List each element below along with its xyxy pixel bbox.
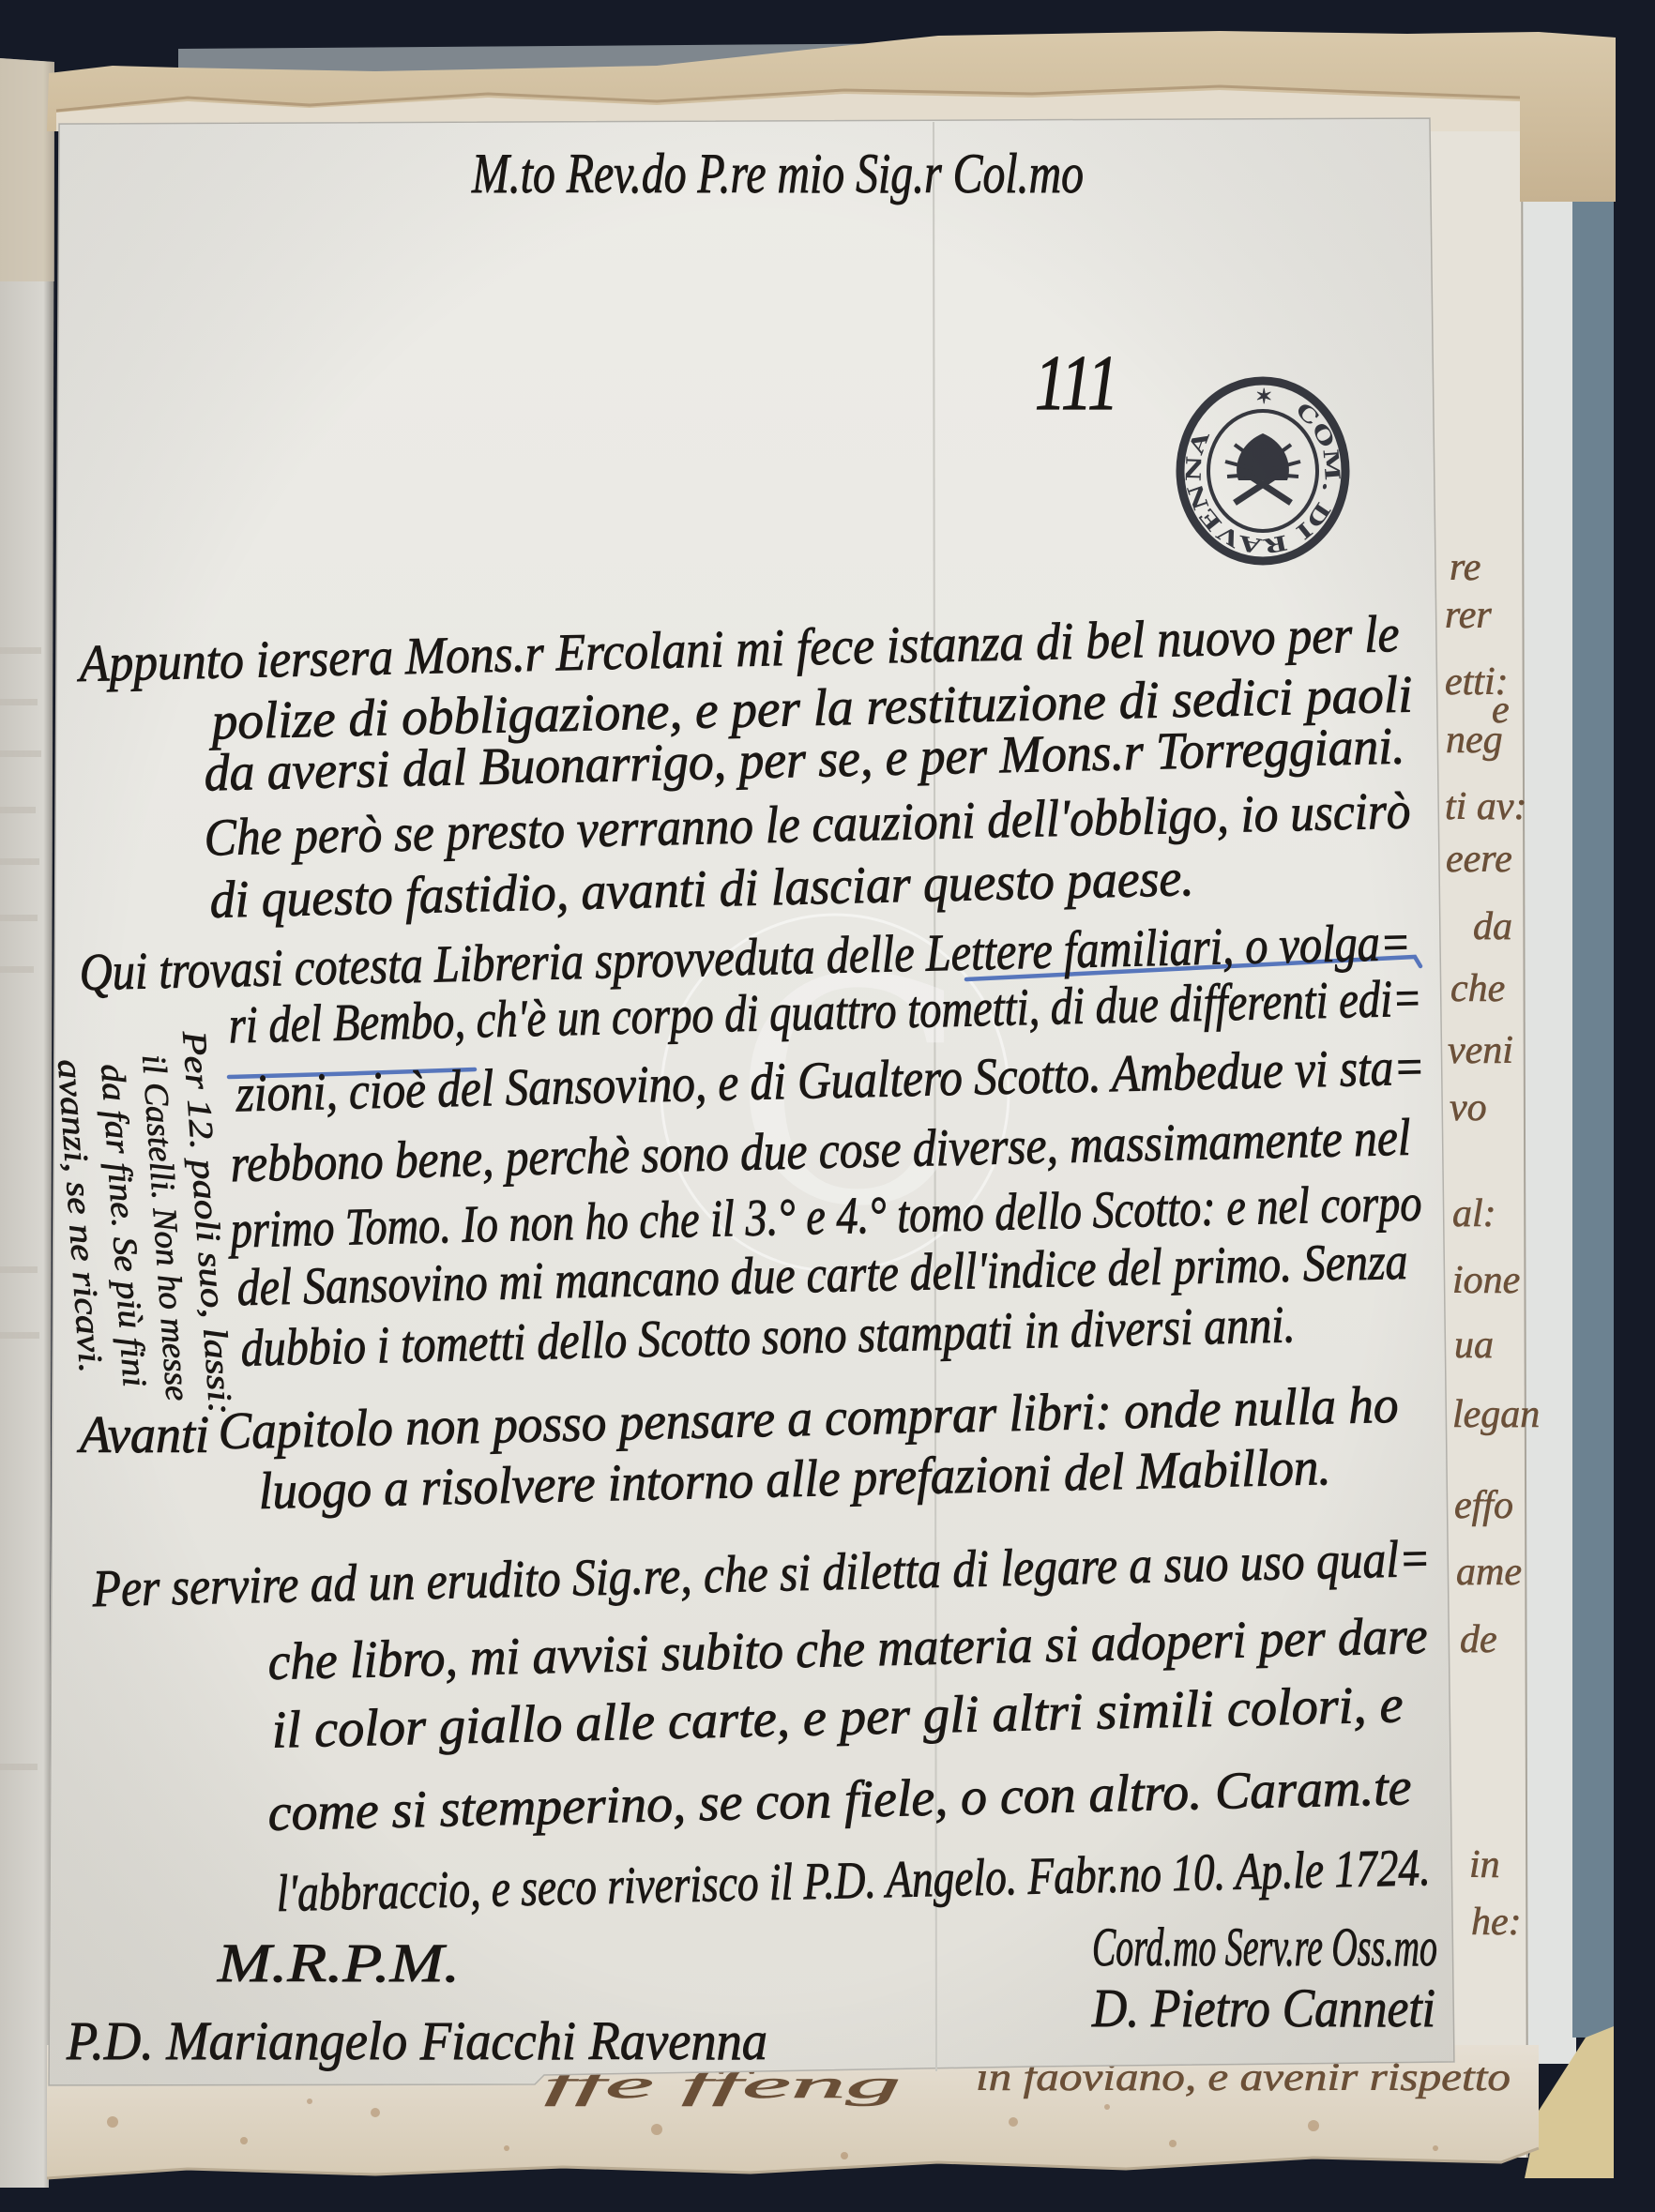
margin-word: Avanti (76, 1406, 209, 1464)
right-page-stack (1426, 103, 1614, 2178)
underlying-page-fragment: re (1450, 546, 1480, 589)
binding-board (1572, 199, 1614, 2038)
manuscript-photo: ffe ffeng in faoviano, e avenir rispetto… (0, 0, 1655, 2212)
underlying-page-fragment: ti av: (1445, 785, 1526, 828)
underlying-page-fragment: legan (1452, 1393, 1540, 1436)
library-stamp: COM. DI RAVENNA ✶ (1180, 381, 1345, 561)
underlying-page-fragment: neg (1446, 719, 1503, 762)
underlying-page-fragment: ame (1456, 1551, 1522, 1594)
folio-number: 111 (1035, 340, 1118, 427)
salutation: M.to Rev.do P.re mio Sig.r Col.mo (471, 143, 1084, 205)
underlying-page-fragment: ione (1452, 1259, 1520, 1302)
valediction: Cord.mo Serv.re Oss.mo (1092, 1917, 1437, 1977)
addressee: P.D. Mariangelo Fiacchi Ravenna (66, 2010, 767, 2071)
underlying-page-fragment: vo (1450, 1086, 1487, 1129)
underlying-page-fragment: de (1460, 1618, 1497, 1661)
underlying-page-fragment: effo (1454, 1484, 1513, 1527)
underlying-page-fragment: in (1469, 1843, 1500, 1886)
underlying-page-fragment: eere (1446, 838, 1512, 881)
stamp-ornament-icon: ✶ (1255, 385, 1272, 409)
underlying-page-fragment: rer (1445, 594, 1492, 637)
underlying-page-fragment: he: (1471, 1901, 1522, 1944)
signature: D. Pietro Canneti (1091, 1977, 1435, 2038)
address-abbreviation: M.R.P.M. (217, 1932, 460, 1993)
underlying-page-fragment: veni (1448, 1029, 1513, 1072)
underlying-page-fragment: che (1450, 967, 1505, 1010)
underlying-page-fragment: da (1473, 905, 1512, 948)
underlying-page-fragment: al: (1452, 1192, 1496, 1235)
left-facing-page (0, 58, 54, 2188)
underlying-page-fragment: ua (1454, 1324, 1494, 1367)
